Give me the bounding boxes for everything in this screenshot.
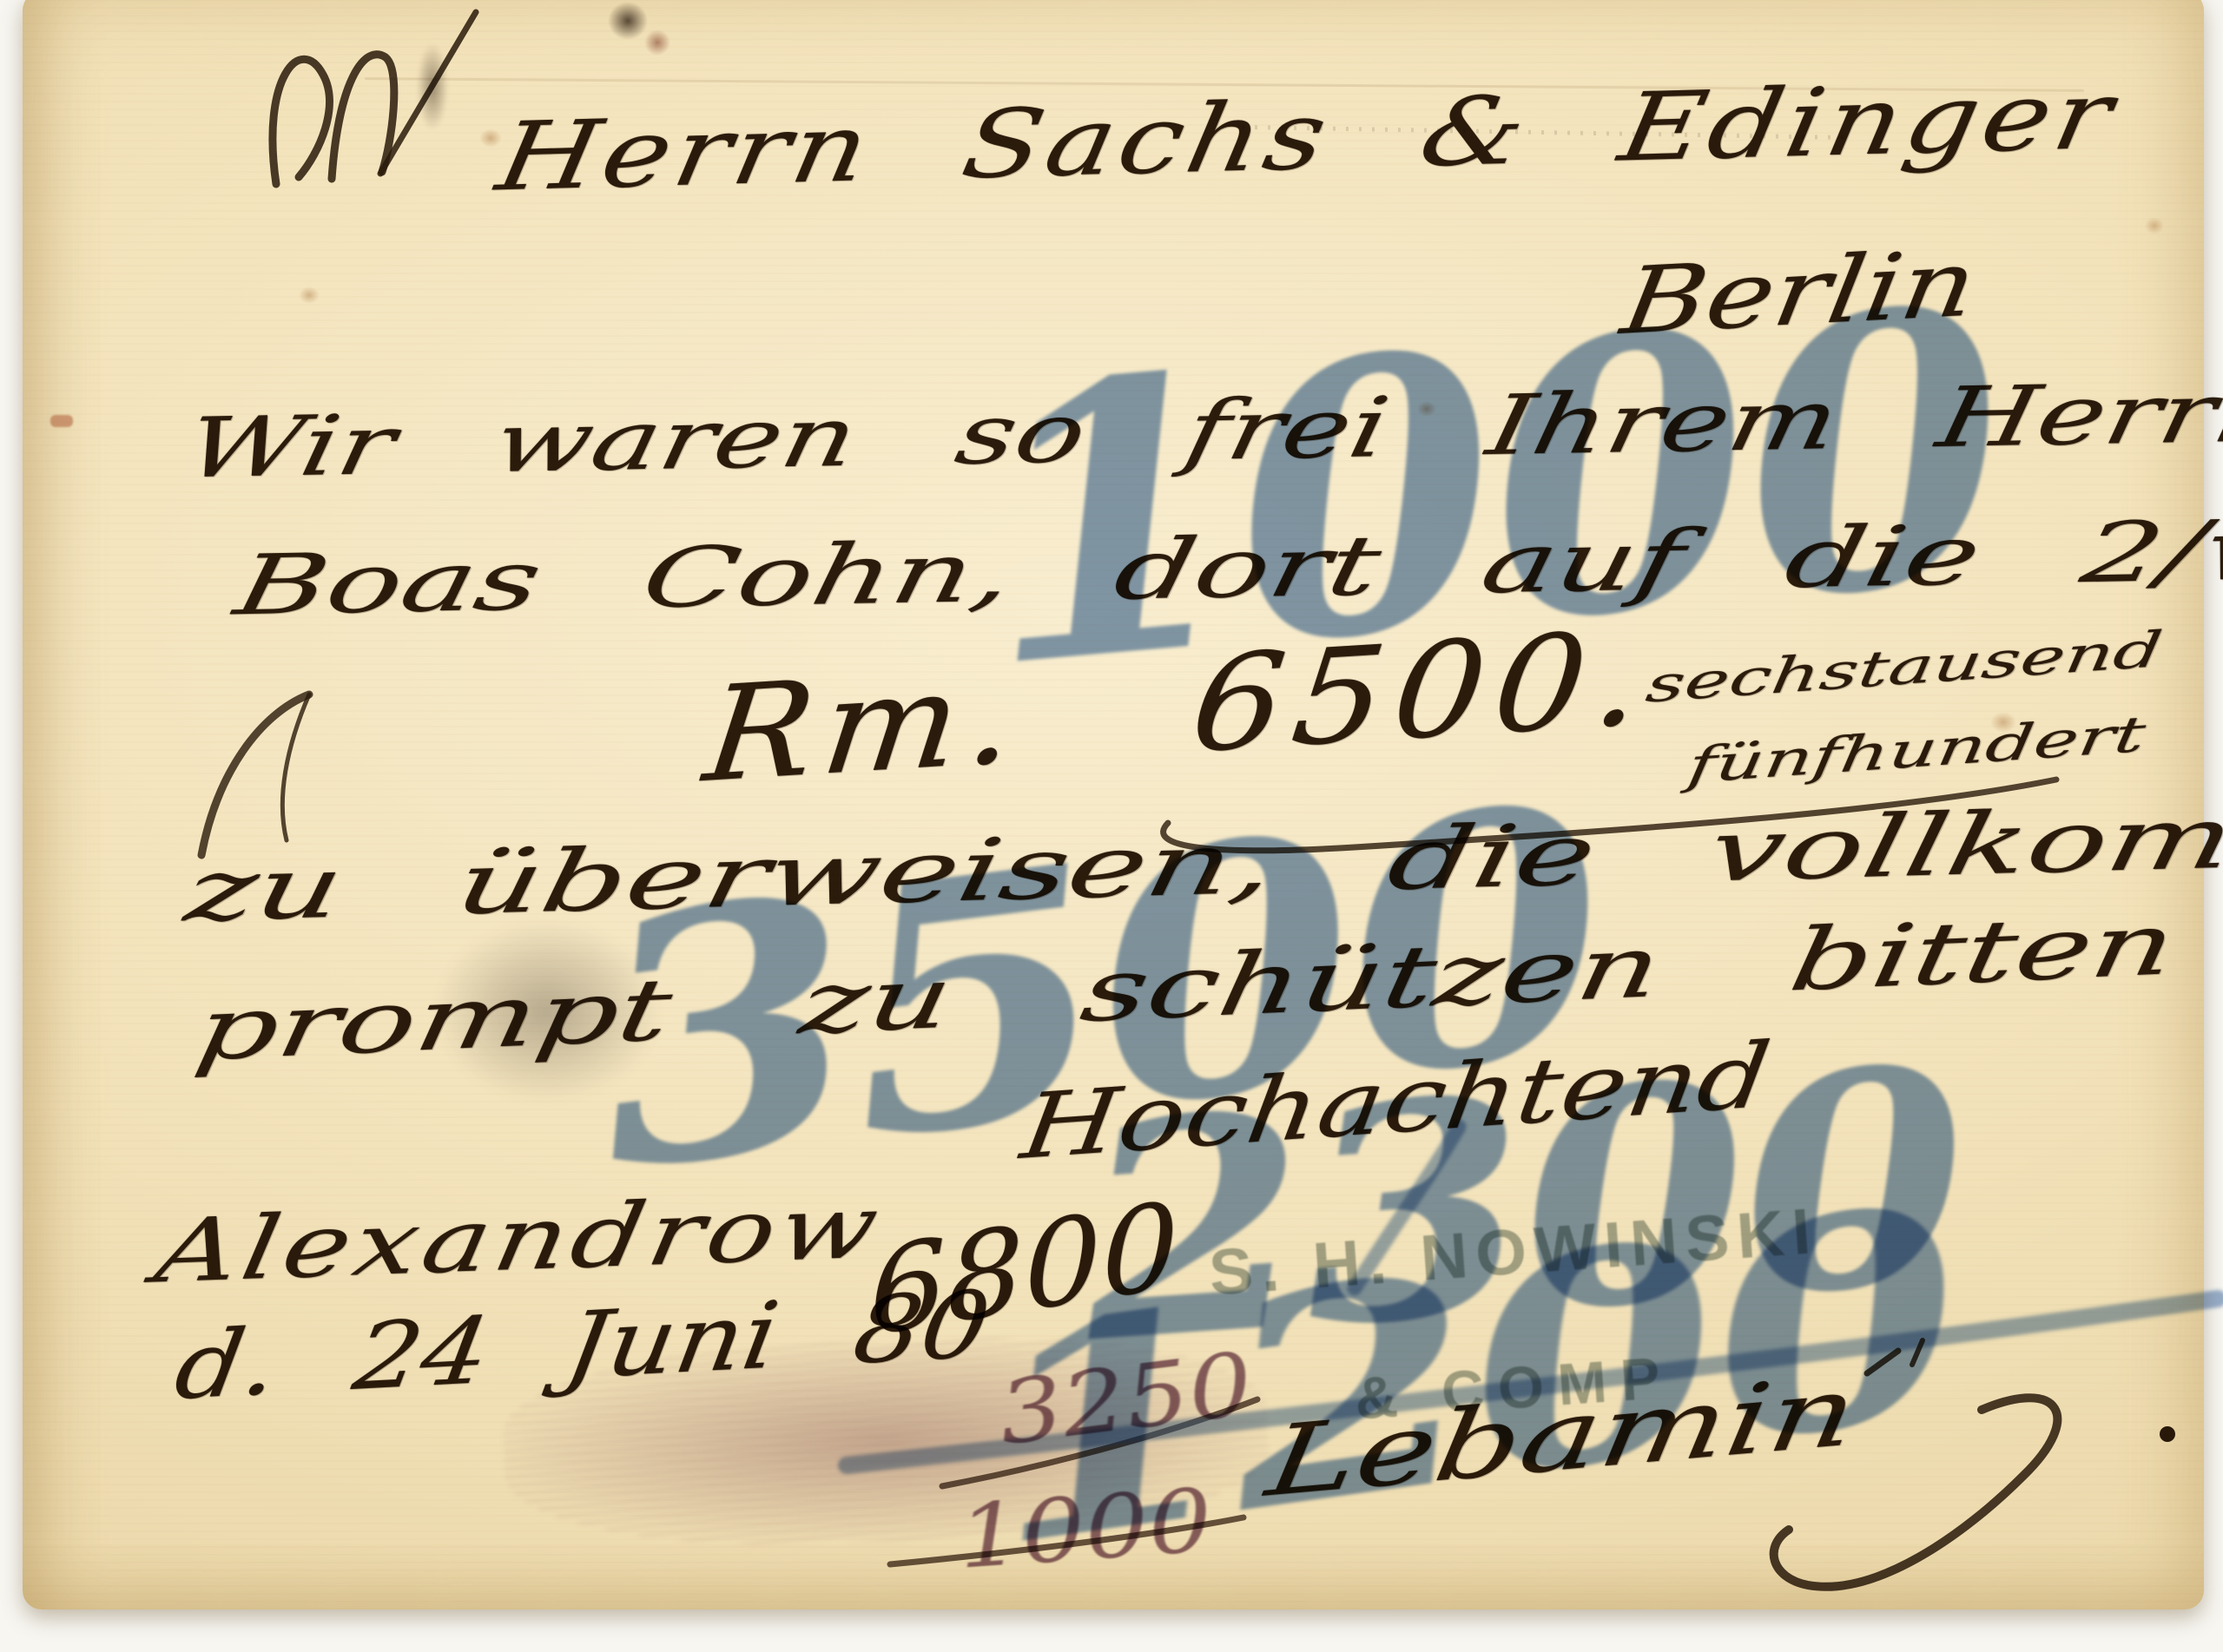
postcard-scan: S. H. NOWINSKI & COMP 3250 1000 Herrn Sa… bbox=[0, 0, 2223, 1652]
crayon-number-1000: 1000 bbox=[966, 258, 2016, 719]
